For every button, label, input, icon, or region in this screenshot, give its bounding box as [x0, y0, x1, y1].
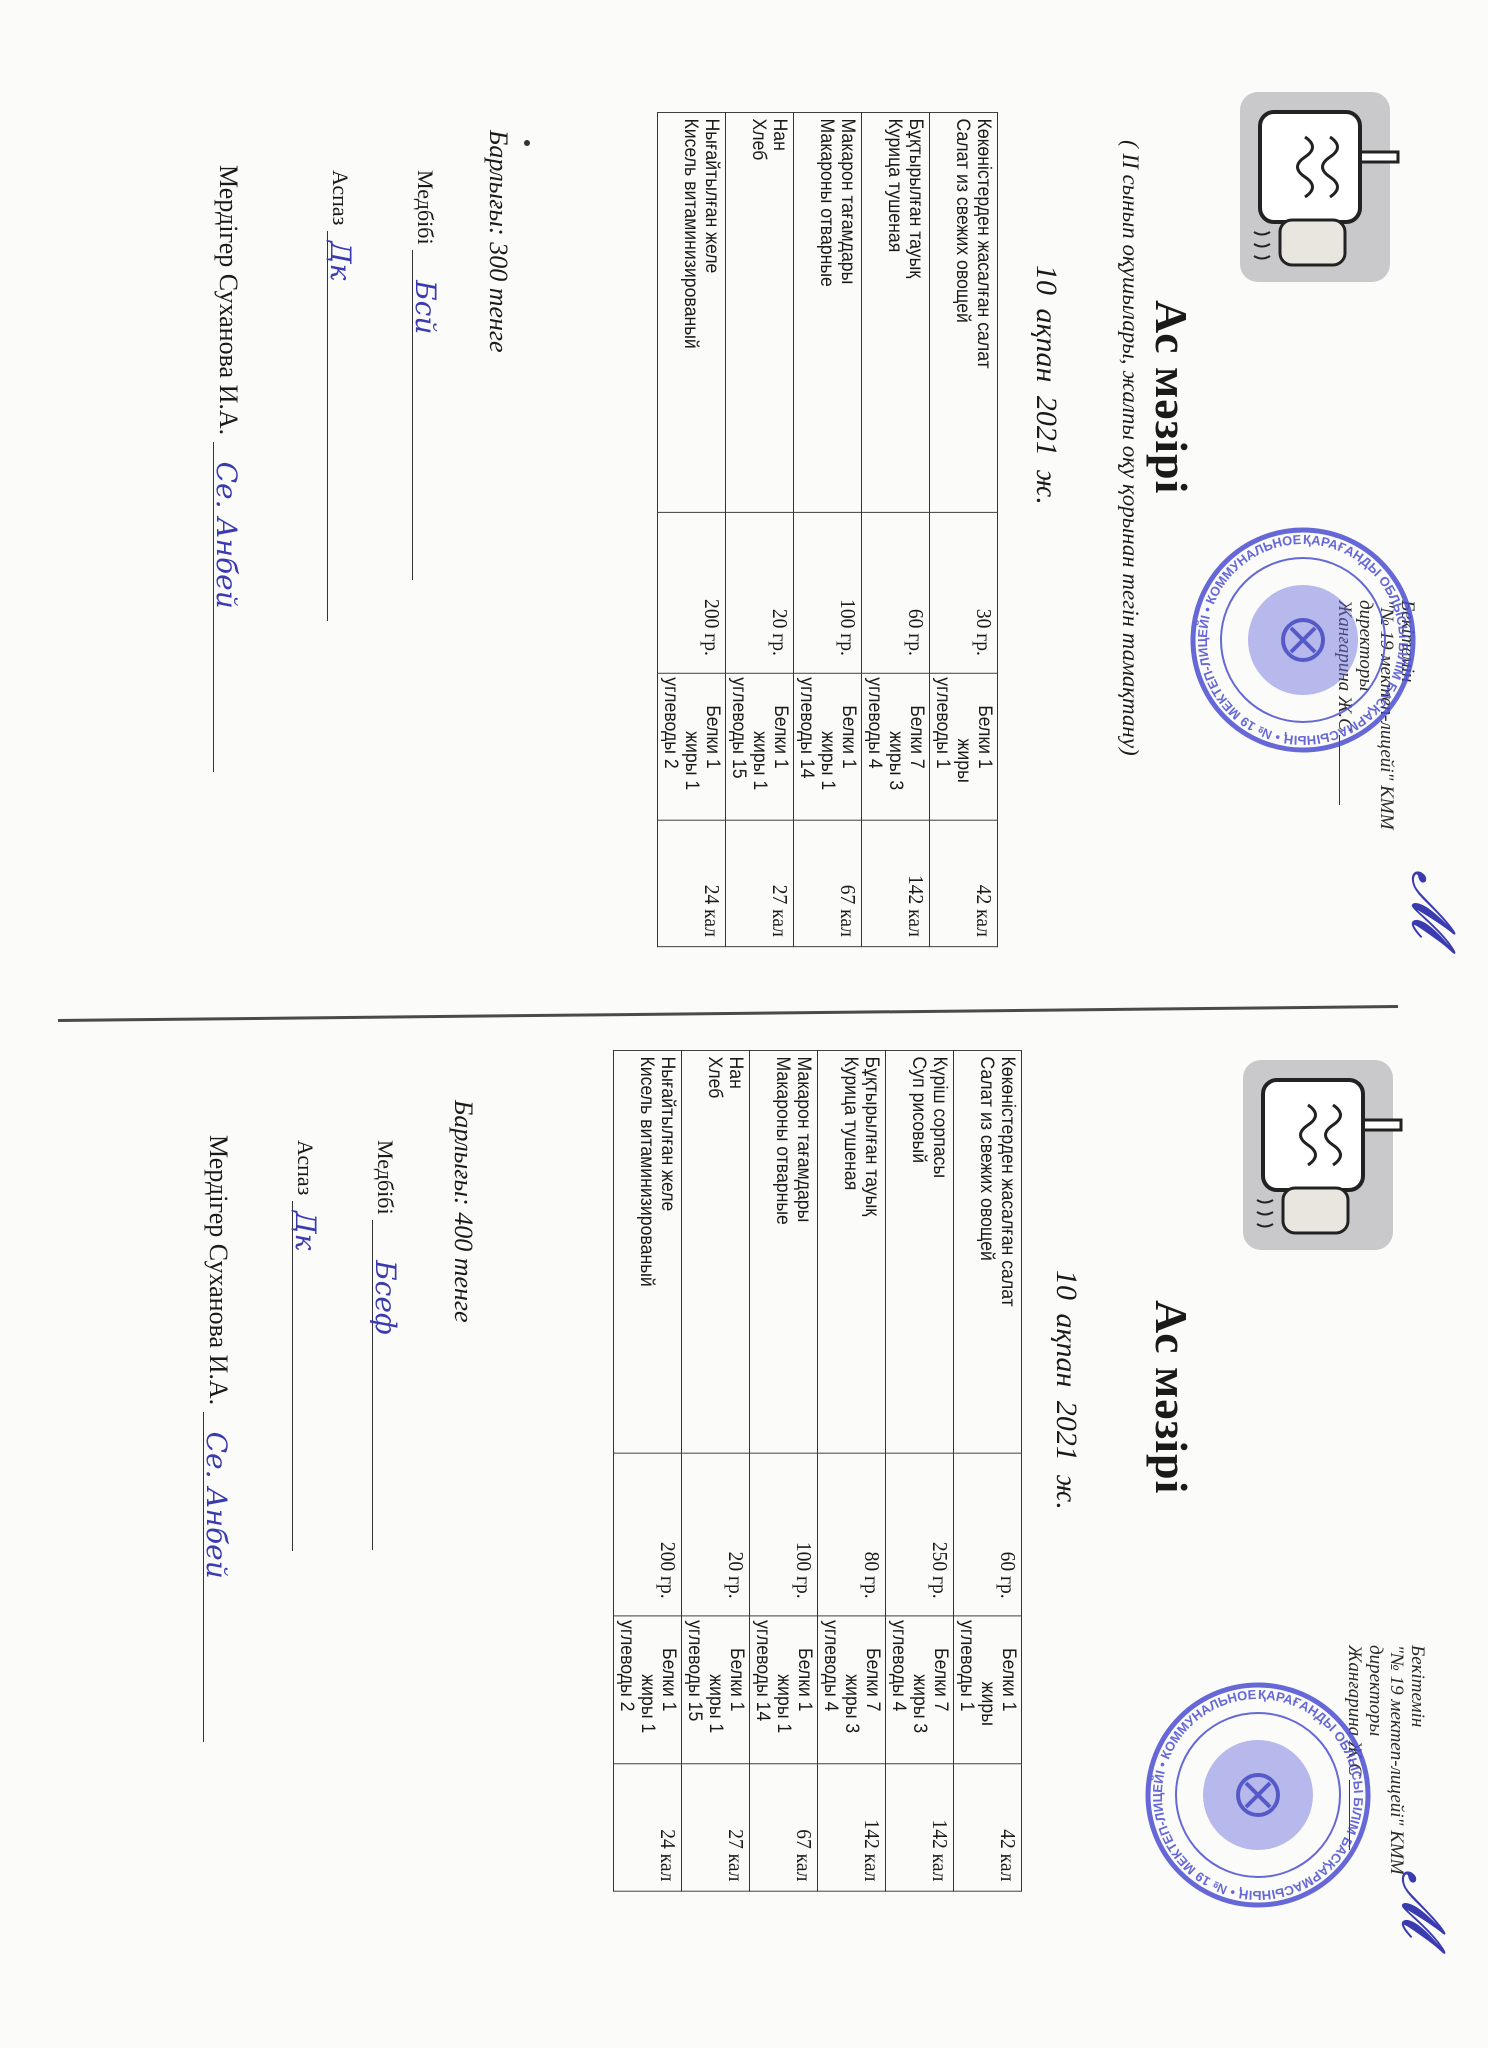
nutrient-line: Белки 7 [930, 1620, 951, 1760]
cook-signature-line: Аспаз Дк [327, 170, 353, 621]
dish-name-cell: Бұқтырылған тауықКурица тушеная [862, 112, 930, 511]
server-signature-line: Мердігер Суханова И.А. Сe. Анбей [213, 165, 243, 772]
server-signature: Сe. Анбей [210, 462, 243, 609]
dish-name-cell: Нығайтылған желеКисель витаминизированый [658, 112, 726, 511]
nutrient-line: углеводы 15 [728, 677, 749, 816]
menu-title: Ас мәзірі [1145, 300, 1198, 494]
portion-weight: 60 гр. [862, 512, 930, 673]
nutrient-line: жиры [953, 677, 974, 816]
total-price: Барлығы: 400 тенге [448, 1100, 478, 1323]
portion-weight: 100 гр. [750, 1453, 818, 1616]
dish-name-ru: Хлеб [748, 119, 769, 506]
nutrient-line: углеводы 2 [660, 677, 681, 816]
nutrients-cell: Белки 1жиры 1углеводы 15 [682, 1616, 750, 1764]
nurse-signature-line: Медбібі Бсеф [372, 1140, 398, 1550]
nutrient-line: жиры 1 [773, 1620, 794, 1760]
calories: 42 кал [954, 1764, 1022, 1891]
nutrient-line: углеводы 15 [684, 1620, 705, 1760]
dish-name-kz: Нан [725, 1057, 746, 1448]
table-row: НанХлеб20 гр.Белки 1жиры 1углеводы 1527 … [682, 1050, 750, 1891]
calories: 27 кал [726, 820, 794, 946]
nurse-signature: Бсй [409, 280, 442, 334]
dish-name-ru: Суп рисовый [908, 1057, 929, 1448]
dish-name-ru: Салат из свежих овощей [976, 1057, 997, 1448]
server-signature-line: Мердігер Суханова И.А. Сe. Анбей [203, 1135, 233, 1742]
dish-name-cell: Күріш сорпасыСуп рисовый [886, 1050, 954, 1453]
nutrients-cell: Белки 7жиры 3углеводы 4 [886, 1616, 954, 1764]
dish-name-kz: Макарон тағамдары [837, 119, 858, 506]
dish-name-kz: Көкөністерден жасалған салат [997, 1057, 1018, 1448]
dish-name-kz: Нан [769, 119, 790, 506]
menu-date: 10 ақпан 2021 ж. [1029, 265, 1063, 505]
nutrient-line: жиры 3 [909, 1620, 930, 1760]
nutrient-line: Белки 1 [658, 1620, 679, 1760]
dish-name-ru: Макароны отварные [772, 1057, 793, 1448]
nutrient-line: жиры 1 [681, 677, 702, 816]
toaster-clipart-icon [1238, 1060, 1403, 1250]
approval-line: "№ 19 мектеп-лицейі" КММ [1386, 1645, 1407, 1875]
nutrient-line: углеводы 1 [932, 677, 953, 816]
nutrient-line: жиры 1 [749, 677, 770, 816]
dish-name-cell: Нығайтылған желеКисель витаминизированый [614, 1050, 682, 1453]
table-row: Макарон тағамдарыМакароны отварные100 гр… [750, 1050, 818, 1891]
portion-weight: 200 гр. [614, 1453, 682, 1616]
nutrients-cell: Белки 1жирыуглеводы 1 [930, 673, 998, 820]
calories: 24 кал [614, 1764, 682, 1891]
nutrients-cell: Белки 7жиры 3углеводы 4 [862, 673, 930, 820]
calories: 142 кал [862, 820, 930, 946]
table-row: Бұқтырылған тауықКурица тушеная60 гр.Бел… [862, 112, 930, 946]
nutrient-line: Белки 1 [702, 677, 723, 816]
toaster-clipart-icon [1235, 92, 1400, 282]
nutrient-line: углеводы 1 [956, 1620, 977, 1760]
nutrients-cell: Белки 1жиры 1углеводы 2 [658, 673, 726, 820]
menu-sheet-2: Бекітемін "№ 19 мектеп-лицейі" КММ дирек… [0, 1040, 1488, 2048]
nutrient-line: жиры 1 [637, 1620, 658, 1760]
dish-name-ru: Салат из свежих овощей [952, 119, 973, 506]
director-signature: 𝓜 [1398, 870, 1468, 937]
nutrient-line: Белки 1 [794, 1620, 815, 1760]
nutrient-line: углеводы 4 [864, 677, 885, 816]
portion-weight: 80 гр. [818, 1453, 886, 1616]
nutrient-line: Белки 7 [862, 1620, 883, 1760]
nutrient-line: Белки 7 [906, 677, 927, 816]
portion-weight: 200 гр. [658, 512, 726, 673]
portion-weight: 100 гр. [794, 512, 862, 673]
dish-name-cell: Көкөністерден жасалған салатСалат из све… [930, 112, 998, 511]
nutrient-line: углеводы 4 [888, 1620, 909, 1760]
menu-table: Көкөністерден жасалған салатСалат из све… [613, 1050, 1022, 1892]
cook-signature: Дк [289, 1211, 322, 1250]
calories: 24 кал [658, 820, 726, 946]
cook-signature: Дк [324, 241, 357, 280]
scan-speck [524, 140, 530, 146]
portion-weight: 60 гр. [954, 1453, 1022, 1616]
dish-name-cell: НанХлеб [682, 1050, 750, 1453]
menu-subtitle: ( ІІ сынып оқушылары, жалпы оқу қорынан … [1117, 140, 1143, 756]
nutrient-line: жиры 1 [817, 677, 838, 816]
dish-name-cell: Бұқтырылған тауықКурица тушеная [818, 1050, 886, 1453]
dish-name-cell: Макарон тағамдарыМакароны отварные [794, 112, 862, 511]
nurse-signature-line: Медбібі Бсй [412, 170, 438, 580]
dish-name-cell: НанХлеб [726, 112, 794, 511]
nutrient-line: жиры 3 [885, 677, 906, 816]
nutrient-line: Белки 1 [838, 677, 859, 816]
dish-name-kz: Нығайтылған желе [657, 1057, 678, 1448]
nutrient-line: углеводы 2 [616, 1620, 637, 1760]
nutrients-cell: Белки 7жиры 3углеводы 4 [818, 1616, 886, 1764]
dish-name-ru: Кисель витаминизированый [636, 1057, 657, 1448]
table-row: Нығайтылған желеКисель витаминизированый… [658, 112, 726, 946]
calories: 67 кал [750, 1764, 818, 1891]
nutrients-cell: Белки 1жиры 1углеводы 14 [750, 1616, 818, 1764]
approval-line: Бекітемін [1407, 1645, 1428, 1875]
menu-table: Көкөністерден жасалған салатСалат из све… [657, 112, 998, 947]
nutrient-line: углеводы 14 [796, 677, 817, 816]
calories: 67 кал [794, 820, 862, 946]
dish-name-ru: Курица тушеная [884, 119, 905, 506]
server-signature: Сe. Анбей [200, 1432, 233, 1579]
nutrients-cell: Белки 1жиры 1углеводы 14 [794, 673, 862, 820]
nutrient-line: Белки 1 [770, 677, 791, 816]
official-stamp-icon: ҚАРАҒАНДЫ ОБЛЫСЫ БІЛІМ БАСҚАРМАСЫНЫҢ • №… [1188, 525, 1418, 755]
nutrient-line: углеводы 14 [752, 1620, 773, 1760]
scanned-menu-page: Бекітемін "№ 19 мектеп-лицейі" КММ дирек… [0, 0, 1488, 2048]
dish-name-kz: Макарон тағамдары [793, 1057, 814, 1448]
table-row: Көкөністерден жасалған салатСалат из све… [954, 1050, 1022, 1891]
dish-name-cell: Макарон тағамдарыМакароны отварные [750, 1050, 818, 1453]
calories: 27 кал [682, 1764, 750, 1891]
calories: 42 кал [930, 820, 998, 946]
table-row: Макарон тағамдарыМакароны отварные100 гр… [794, 112, 862, 946]
calories: 142 кал [886, 1764, 954, 1891]
nurse-signature: Бсеф [369, 1260, 402, 1335]
table-row: Нығайтылған желеКисель витаминизированый… [614, 1050, 682, 1891]
portion-weight: 30 гр. [930, 512, 998, 673]
dish-name-ru: Хлеб [704, 1057, 725, 1448]
calories: 142 кал [818, 1764, 886, 1891]
table-row: Бұқтырылған тауықКурица тушеная80 гр.Бел… [818, 1050, 886, 1891]
dish-name-cell: Көкөністерден жасалған салатСалат из све… [954, 1050, 1022, 1453]
menu-title: Ас мәзірі [1145, 1300, 1198, 1494]
nutrient-line: жиры 1 [705, 1620, 726, 1760]
nutrient-line: углеводы 4 [820, 1620, 841, 1760]
menu-sheet-1: Бекітемін "№ 19 мектеп-лицейі" КММ дирек… [0, 0, 1488, 1010]
nutrients-cell: Белки 1жирыуглеводы 1 [954, 1616, 1022, 1764]
dish-name-kz: Көкөністерден жасалған салат [973, 119, 994, 506]
nutrient-line: жиры [977, 1620, 998, 1760]
table-row: Көкөністерден жасалған салатСалат из све… [930, 112, 998, 946]
dish-name-kz: Нығайтылған желе [701, 119, 722, 506]
portion-weight: 250 гр. [886, 1453, 954, 1616]
dish-name-kz: Бұқтырылған тауық [861, 1057, 882, 1448]
table-row: Күріш сорпасыСуп рисовый250 гр.Белки 7жи… [886, 1050, 954, 1891]
nutrient-line: жиры 3 [841, 1620, 862, 1760]
portion-weight: 20 гр. [726, 512, 794, 673]
nutrient-line: Белки 1 [974, 677, 995, 816]
dish-name-kz: Күріш сорпасы [929, 1057, 950, 1448]
nutrients-cell: Белки 1жиры 1углеводы 2 [614, 1616, 682, 1764]
dish-name-ru: Кисель витаминизированый [680, 119, 701, 506]
total-price: Барлығы: 300 тенге [483, 130, 513, 353]
official-stamp-icon: ҚАРАҒАНДЫ ОБЛЫСЫ БІЛІМ БАСҚАРМАСЫНЫҢ • №… [1143, 1680, 1373, 1910]
director-signature: 𝓜 [1388, 1870, 1458, 1937]
table-row: НанХлеб20 гр.Белки 1жиры 1углеводы 1527 … [726, 112, 794, 946]
cook-signature-line: Аспаз Дк [292, 1140, 318, 1551]
portion-weight: 20 гр. [682, 1453, 750, 1616]
nutrient-line: Белки 1 [998, 1620, 1019, 1760]
dish-name-ru: Курица тушеная [840, 1057, 861, 1448]
dish-name-kz: Бұқтырылған тауық [905, 119, 926, 506]
dish-name-ru: Макароны отварные [816, 119, 837, 506]
menu-date: 10 ақпан 2021 ж. [1049, 1270, 1083, 1510]
nutrient-line: Белки 1 [726, 1620, 747, 1760]
nutrients-cell: Белки 1жиры 1углеводы 15 [726, 673, 794, 820]
